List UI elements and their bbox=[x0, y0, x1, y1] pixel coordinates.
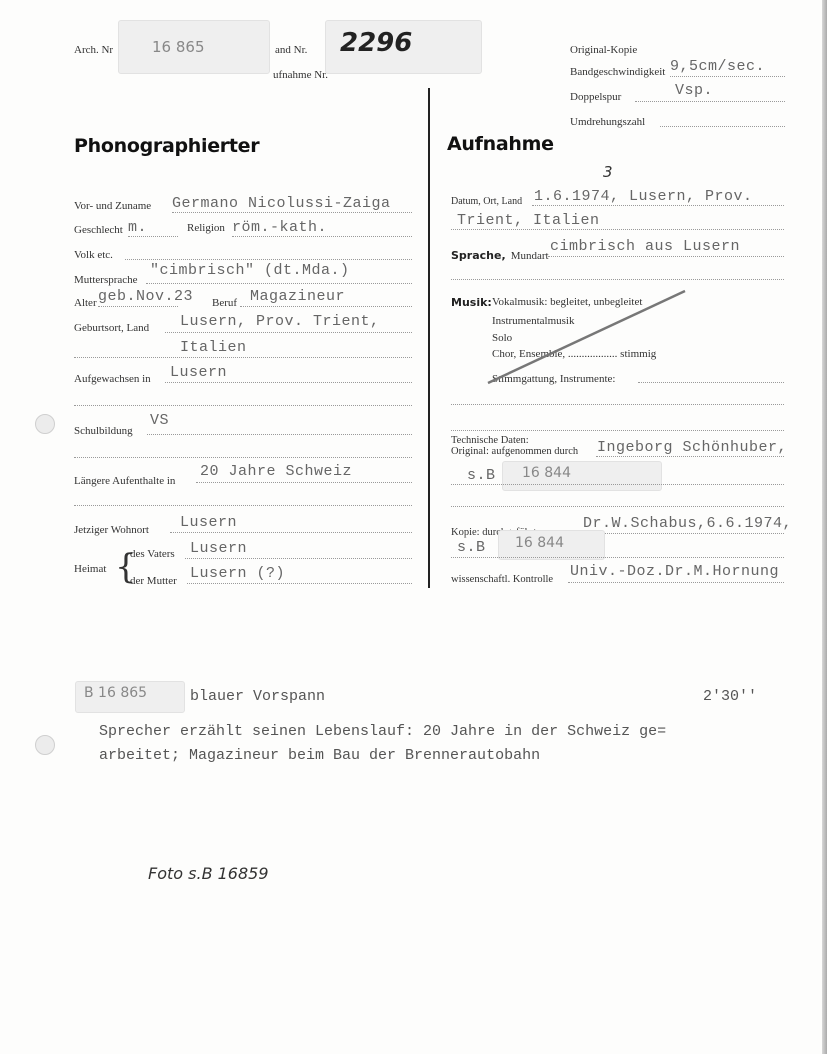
datum-value-1: 1.6.1974, Lusern, Prov. bbox=[534, 188, 753, 205]
kopie-value: Dr.W.Schabus,6.6.1974, bbox=[583, 515, 792, 532]
duration: 2'30'' bbox=[703, 688, 757, 705]
kopie-ref-value: 16 844 bbox=[515, 535, 564, 551]
doppelspur-value: Vsp. bbox=[675, 82, 713, 99]
sprache-label-row: Sprache, Mundart bbox=[451, 244, 549, 263]
heading-phonographierter: Phonographierter bbox=[74, 135, 259, 157]
geschlecht-label: Geschlecht bbox=[74, 224, 123, 236]
original-label: Original: aufgenommen durch bbox=[451, 446, 578, 457]
alter-value: geb.Nov.23 bbox=[98, 288, 193, 305]
vater-value: Lusern bbox=[190, 540, 247, 557]
arch-nr-label: Arch. Nr bbox=[74, 44, 113, 56]
mutter-value: Lusern (?) bbox=[190, 565, 285, 582]
foto-note: Foto s.B 16859 bbox=[148, 864, 269, 883]
aufgewachsen-value: Lusern bbox=[170, 364, 227, 381]
datum-label: Datum, Ort, Land bbox=[451, 196, 522, 207]
name-label: Vor- und Zuname bbox=[74, 200, 151, 212]
geschlecht-value: m. bbox=[128, 219, 147, 236]
kontrolle-value: Univ.-Doz.Dr.M.Hornung bbox=[570, 563, 779, 580]
heading-aufnahme: Aufnahme bbox=[447, 133, 554, 155]
aufnahme-nr-label: ufnahme Nr. bbox=[273, 69, 328, 81]
vorspann: blauer Vorspann bbox=[190, 688, 325, 705]
wohnort-label: Jetziger Wohnort bbox=[74, 524, 149, 536]
original-ref-value: 16 844 bbox=[522, 465, 571, 481]
description-line-1: Sprecher erzählt seinen Lebenslauf: 20 J… bbox=[99, 723, 666, 740]
original-ref-prefix: s.B bbox=[467, 467, 496, 484]
volk-label: Volk etc. bbox=[74, 249, 113, 261]
kontrolle-label: wissenschaftl. Kontrolle bbox=[451, 574, 553, 585]
bandgeschwindigkeit-label: Bandgeschwindigkeit bbox=[570, 66, 665, 78]
schulbildung-value: VS bbox=[150, 412, 169, 429]
sprache-value: cimbrisch aus Lusern bbox=[550, 238, 740, 255]
bandgeschwindigkeit-value: 9,5cm/sec. bbox=[670, 58, 765, 75]
arch-nr-value: 16 865 bbox=[152, 38, 205, 56]
beruf-value: Magazineur bbox=[250, 288, 345, 305]
wohnort-value: Lusern bbox=[180, 514, 237, 531]
religion-value: röm.-kath. bbox=[232, 219, 327, 236]
punch-hole-bottom bbox=[35, 735, 55, 755]
geburtsort-value-2: Italien bbox=[180, 339, 247, 356]
muttersprache-label: Muttersprache bbox=[74, 274, 138, 286]
vater-label: des Vaters bbox=[130, 548, 175, 560]
name-value: Germano Nicolussi-Zaiga bbox=[172, 195, 391, 212]
band-nr-label: and Nr. bbox=[275, 44, 307, 56]
strikethrough-line bbox=[480, 288, 690, 388]
geburtsort-label: Geburtsort, Land bbox=[74, 322, 149, 334]
aufenthalte-label: Längere Aufenthalte in bbox=[74, 475, 175, 487]
column-divider bbox=[428, 88, 430, 588]
original-value: Ingeborg Schönhuber, bbox=[597, 439, 787, 456]
original-kopie-label: Original-Kopie bbox=[570, 44, 637, 56]
datum-correction: 3 bbox=[603, 163, 613, 181]
doppelspur-label: Doppelspur bbox=[570, 91, 621, 103]
umdrehungszahl-label: Umdrehungszahl bbox=[570, 116, 645, 128]
sprache-label: Mundart bbox=[511, 250, 549, 262]
punch-hole-top bbox=[35, 414, 55, 434]
alter-label: Alter bbox=[74, 297, 97, 309]
aufgewachsen-label: Aufgewachsen in bbox=[74, 373, 151, 385]
heimat-label: Heimat bbox=[74, 563, 106, 575]
schulbildung-label: Schulbildung bbox=[74, 425, 133, 437]
sprache-label-bold: Sprache, bbox=[451, 249, 506, 262]
page-edge bbox=[822, 0, 827, 1054]
religion-label: Religion bbox=[187, 222, 225, 234]
muttersprache-value: "cimbrisch" (dt.Mda.) bbox=[150, 262, 350, 279]
beruf-label: Beruf bbox=[212, 297, 237, 309]
mutter-label: der Mutter bbox=[130, 575, 177, 587]
datum-value-2: Trient, Italien bbox=[457, 212, 600, 229]
technische-label: Technische Daten: bbox=[451, 435, 529, 446]
aufenthalte-value: 20 Jahre Schweiz bbox=[200, 463, 352, 480]
band-ref: B 16 865 bbox=[84, 685, 147, 701]
band-nr-value: 2296 bbox=[340, 28, 412, 58]
description-line-2: arbeitet; Magazineur beim Bau der Brenne… bbox=[99, 747, 540, 764]
geburtsort-value-1: Lusern, Prov. Trient, bbox=[180, 313, 380, 330]
kopie-ref-prefix: s.B bbox=[457, 539, 486, 556]
